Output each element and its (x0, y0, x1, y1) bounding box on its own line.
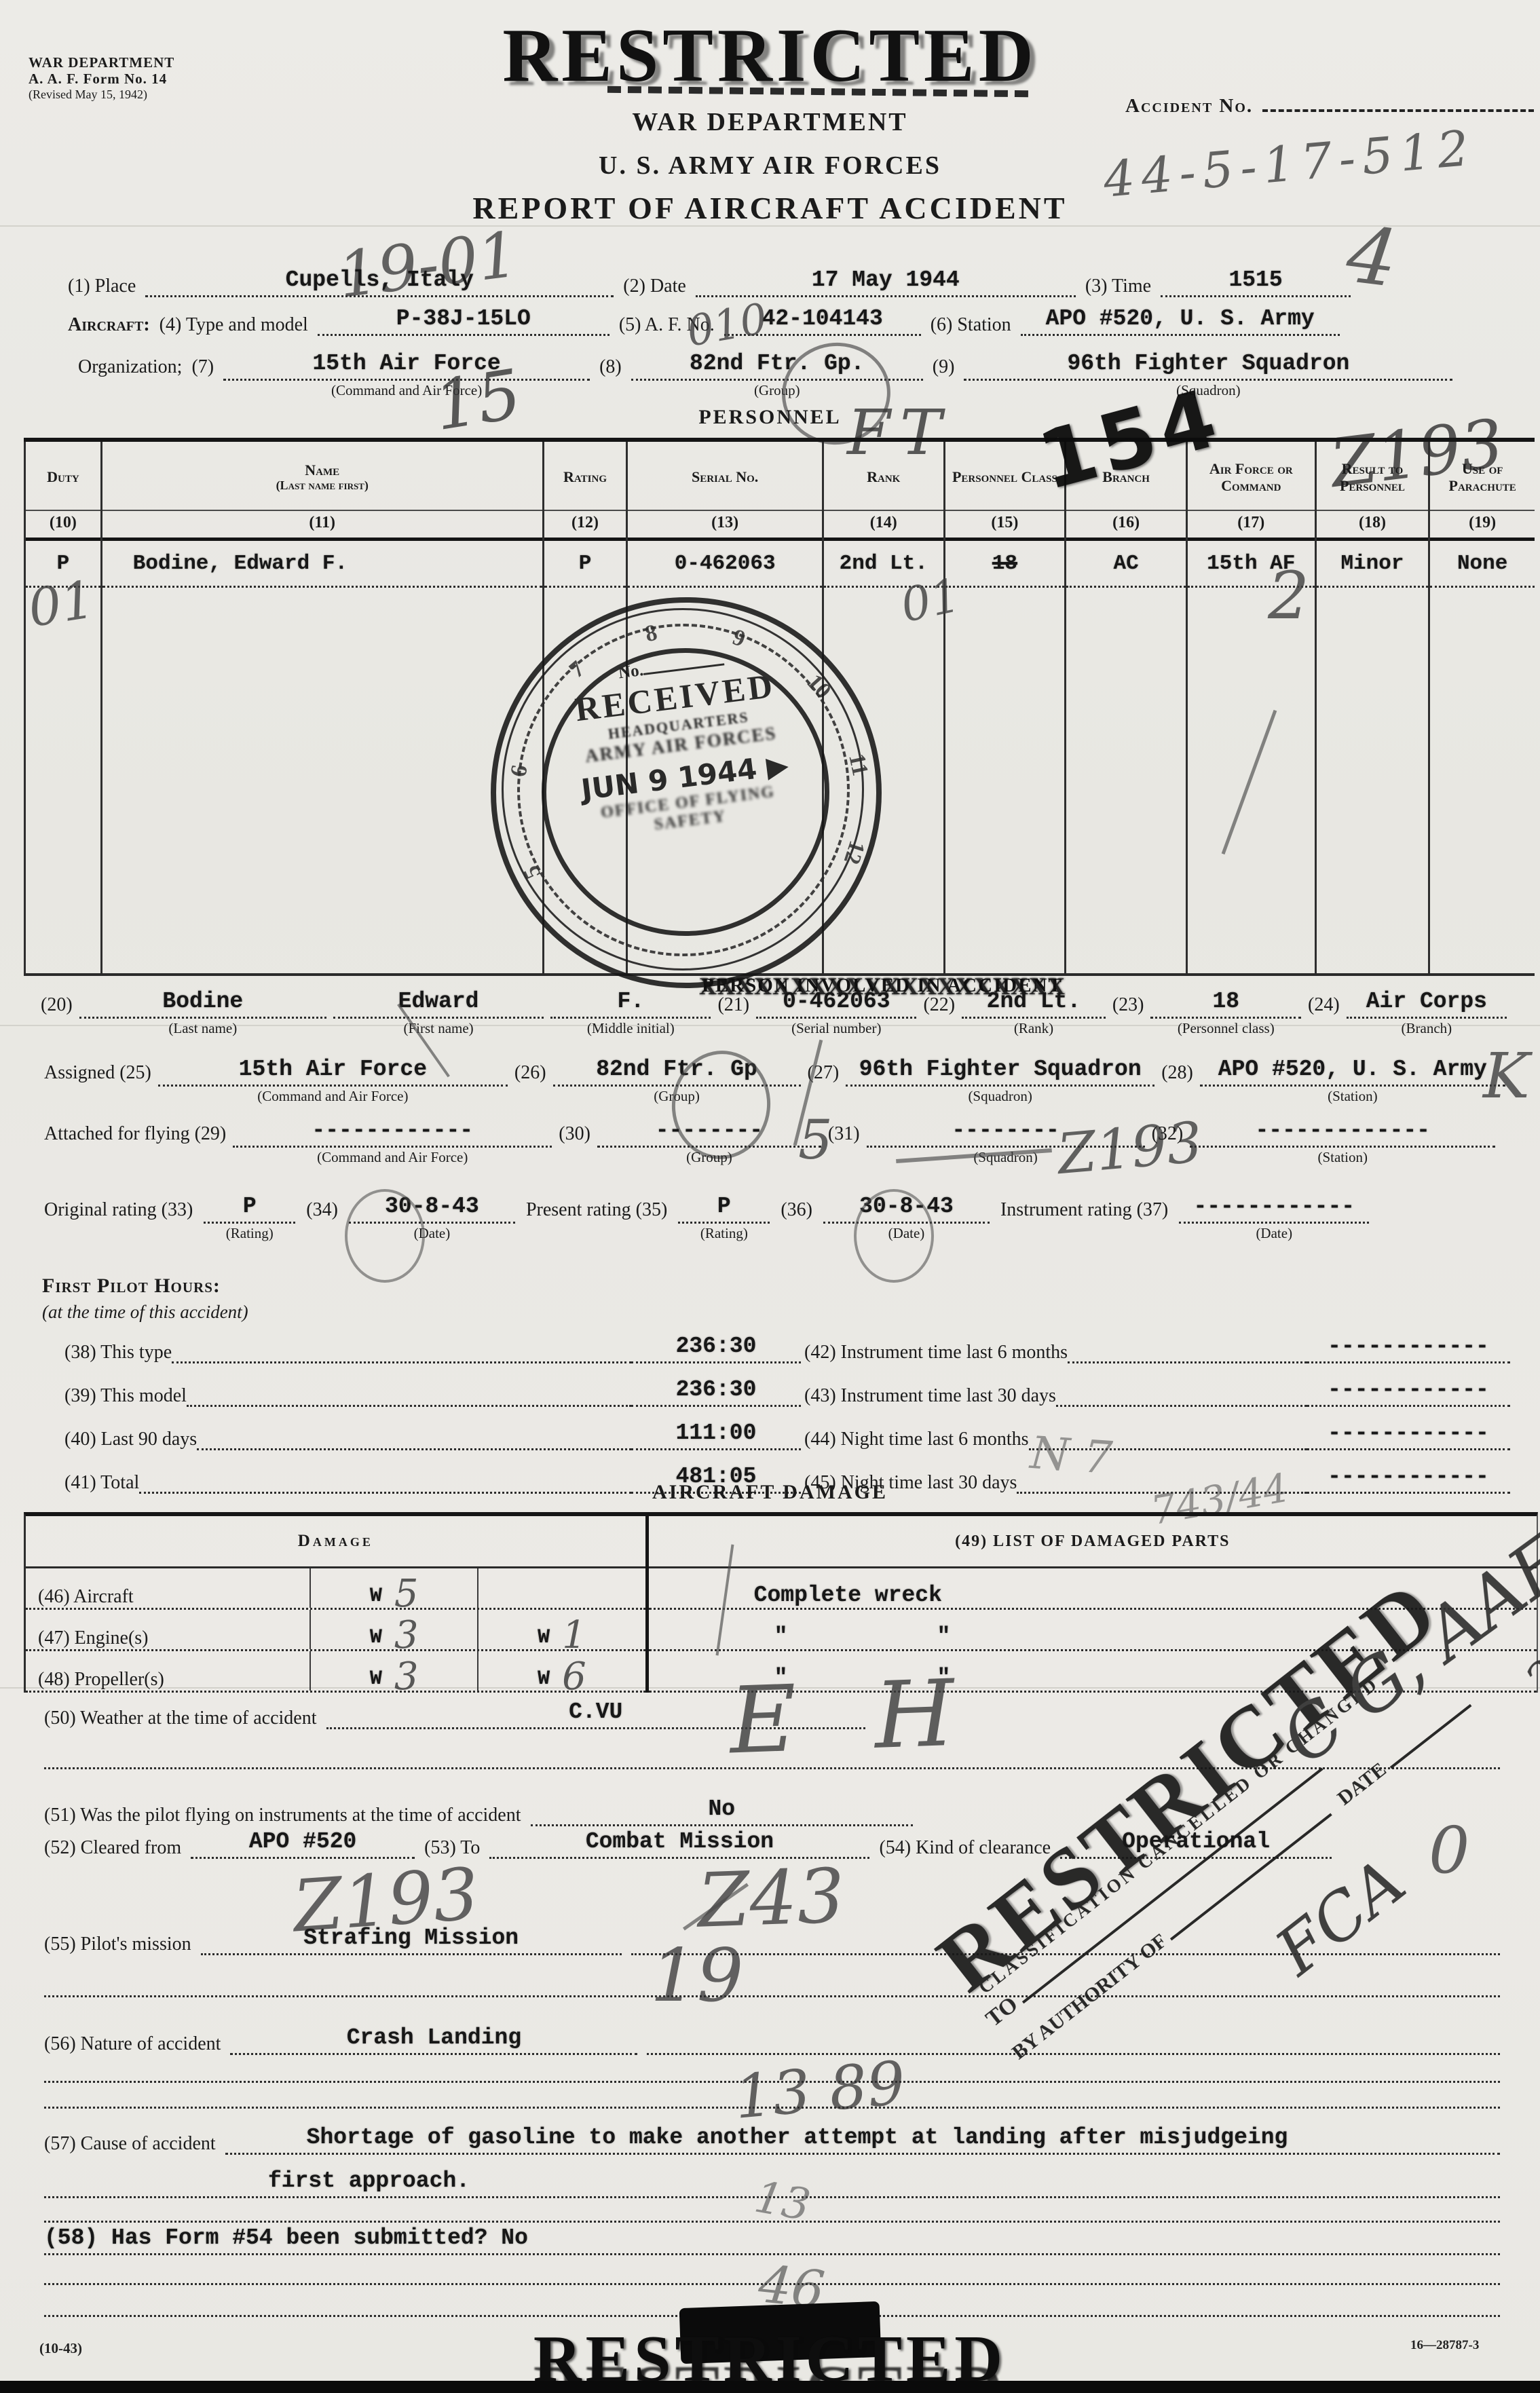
cell-parachute: None (1430, 541, 1535, 588)
pencil-circle-p2 (854, 1189, 934, 1283)
command-field: 15th Air Force(Command and Air Force) (223, 352, 590, 399)
damaged-parts-header: (49) LIST OF DAMAGED PARTS (649, 1516, 1537, 1568)
instrument-rating-field: ------------(Date) (1179, 1194, 1369, 1242)
damage-row-propeller: (48) Propeller(s) W3 W6 (26, 1651, 645, 1693)
table-col-class: Personnel Class (15) 18 (945, 442, 1067, 973)
accident-no-blank (1262, 109, 1534, 112)
blank-rule (44, 2104, 1500, 2109)
time-field: 1515 (1161, 268, 1351, 297)
damage-col-header: Damage (26, 1516, 645, 1568)
blank-rule (44, 2280, 1500, 2285)
cause-field-line1: Shortage of gasoline to make another att… (225, 2126, 1500, 2155)
attached-command-field: ------------(Command and Air Force) (233, 1118, 552, 1166)
cell-class: 18 (945, 541, 1065, 588)
aircraft-damage-heading: AIRCRAFT DAMAGE (0, 1481, 1540, 1504)
scan-edge-bar (0, 2381, 1540, 2393)
serial-field: 0-462063(Serial number) (756, 990, 916, 1037)
first-name-field: Edward(First name) (333, 990, 544, 1037)
table-col-parachute: Use of Parachute (19) None (1430, 442, 1535, 973)
present-rating-field: P(Rating) (678, 1194, 770, 1242)
type-model-field: P-38J-15LO (318, 307, 609, 336)
f7-num: (7) (191, 356, 214, 378)
nature-row: (56) Nature of accident Crash Landing (44, 2026, 1500, 2055)
hours-row-43: (43) Instrument time last 30 days ------… (804, 1378, 1510, 1407)
form54-row: (58) Has Form #54 been submitted? No (44, 2226, 1500, 2255)
handwritten-eh: E H (728, 1667, 981, 1767)
damage-row-engine: (47) Engine(s) W3 W1 (26, 1610, 645, 1651)
cell-serial: 0-462063 (628, 541, 821, 588)
damage-left: Damage (46) Aircraft W5 (47) Engine(s) W… (26, 1516, 645, 1693)
aircraft-row: Aircraft: (4) Type and model P-38J-15LO … (68, 307, 1501, 336)
stamp-text: No. RECEIVED HEADQUARTERS ARMY AIR FORCE… (549, 643, 813, 845)
handwritten-fca: FCA (1262, 1845, 1419, 1990)
pilot-hours-subheading: (at the time of this accident) (42, 1302, 248, 1323)
hours-row-42: (42) Instrument time last 6 months -----… (804, 1334, 1510, 1363)
assigned-row: Assigned (25) 15th Air Force(Command and… (44, 1057, 1507, 1105)
cause-row: (57) Cause of accident Shortage of gasol… (44, 2126, 1500, 2155)
instruments-field: No (531, 1797, 913, 1826)
date-field: 17 May 1944 (696, 268, 1076, 297)
cell-name: Bodine, Edward F. (102, 541, 542, 588)
middle-initial-field: F.(Middle initial) (550, 990, 711, 1037)
table-col-branch: Branch (16) AC (1066, 442, 1188, 973)
handwritten-5: 5 (798, 1113, 833, 1167)
table-col-result: Result to Personnel (18) Minor (1317, 442, 1431, 973)
accident-no-field: Accident No. (1125, 95, 1534, 117)
personnel-heading: PERSONNEL (0, 406, 1540, 429)
handwritten-0: 0 (1429, 1819, 1469, 1883)
organization-prefix: Organization; (78, 356, 182, 378)
aircraft-accident-report-scan: WAR DEPARTMENT A. A. F. Form No. 14 (Rev… (0, 0, 1540, 2393)
class-field: 18(Personnel class) (1150, 990, 1301, 1037)
original-rating-field: P(Rating) (204, 1194, 295, 1242)
table-col-name: Name(Last name first) (11) Bodine, Edwar… (102, 442, 544, 973)
assigned-command-field: 15th Air Force(Command and Air Force) (158, 1057, 508, 1105)
table-col-duty: Duty (10) P (24, 442, 102, 973)
nature-field: Crash Landing (230, 2026, 637, 2055)
hours-38-value: 236:30 (631, 1334, 801, 1363)
hours-43-value: ------------ (1307, 1378, 1510, 1407)
pilot-hours-heading: First Pilot Hours: (42, 1275, 221, 1298)
station-label: (6) Station (931, 314, 1011, 336)
hours-row-39: (39) This model 236:30 (64, 1378, 801, 1407)
aircraft-prefix: Aircraft: (68, 314, 150, 336)
hours-39-value: 236:30 (631, 1378, 801, 1407)
mission-field: Strafing Mission (201, 1926, 622, 1955)
place-field: Cupells, Italy (145, 268, 614, 297)
cleared-from-field: APO #520 (191, 1830, 415, 1859)
time-label: (3) Time (1085, 276, 1151, 297)
branch-field: Air Corps(Branch) (1347, 990, 1507, 1037)
accident-no-label: Accident No. (1125, 95, 1253, 117)
hours-44-value: ------------ (1307, 1421, 1510, 1450)
hours-42-value: ------------ (1307, 1334, 1510, 1363)
f9-num: (9) (933, 356, 955, 378)
report-title: REPORT OF AIRCRAFT ACCIDENT (0, 190, 1540, 226)
type-model-label: (4) Type and model (159, 314, 308, 336)
date-label: (2) Date (623, 276, 686, 297)
cell-branch: AC (1066, 541, 1186, 588)
form54-field: (58) Has Form #54 been submitted? No (44, 2226, 1500, 2255)
assigned-station-field: APO #520, U. S. Army(Station) (1200, 1057, 1505, 1105)
instruments-row: (51) Was the pilot flying on instruments… (44, 1797, 913, 1826)
f8-num: (8) (599, 356, 622, 378)
person-row: (20) Bodine(Last name) Edward(First name… (41, 990, 1507, 1037)
last-name-field: Bodine(Last name) (79, 990, 326, 1037)
cell-result: Minor (1317, 541, 1429, 588)
attached-row: Attached for flying (29) ------------(Co… (44, 1118, 1507, 1166)
handwritten-010: 010 (684, 297, 770, 353)
handwritten-2: 2 (1268, 563, 1309, 628)
attached-group-field: --------(Group) (597, 1118, 821, 1166)
blank-rule (44, 1993, 1500, 1997)
pencil-n7: N 7 (1029, 1431, 1114, 1481)
handwritten-k: K (1483, 1045, 1530, 1108)
pencil-circle-p1 (345, 1189, 425, 1283)
cell-rating: P (544, 541, 626, 588)
place-label: (1) Place (68, 276, 136, 297)
rank-field: 2nd Lt.(Rank) (962, 990, 1106, 1037)
table-col-airforce: Air Force or Command (17) 15th AF (1188, 442, 1317, 973)
ratings-row: Original rating (33) P(Rating) (34) 30-8… (44, 1194, 1507, 1242)
handwritten-1389: 13 89 (732, 2053, 908, 2128)
damage-row-aircraft: (46) Aircraft W5 (26, 1568, 645, 1610)
handwritten-01-mid: 01 (897, 573, 964, 630)
hours-row-40: (40) Last 90 days 111:00 (64, 1421, 801, 1450)
blank-rule (44, 2218, 1500, 2223)
blank-rule (44, 2078, 1500, 2083)
handwritten-01-left: 01 (25, 573, 98, 635)
attached-station-field: -------------(Station) (1190, 1118, 1495, 1166)
hours-40-value: 111:00 (631, 1421, 801, 1450)
hours-row-44: (44) Night time last 6 months ----------… (804, 1421, 1510, 1450)
station-field: APO #520, U. S. Army (1021, 307, 1340, 336)
assigned-squadron-field: 96th Fighter Squadron(Squadron) (846, 1057, 1154, 1105)
place-date-time-row: (1) Place Cupells, Italy (2) Date 17 May… (68, 268, 1501, 297)
hours-row-38: (38) This type 236:30 (64, 1334, 801, 1363)
